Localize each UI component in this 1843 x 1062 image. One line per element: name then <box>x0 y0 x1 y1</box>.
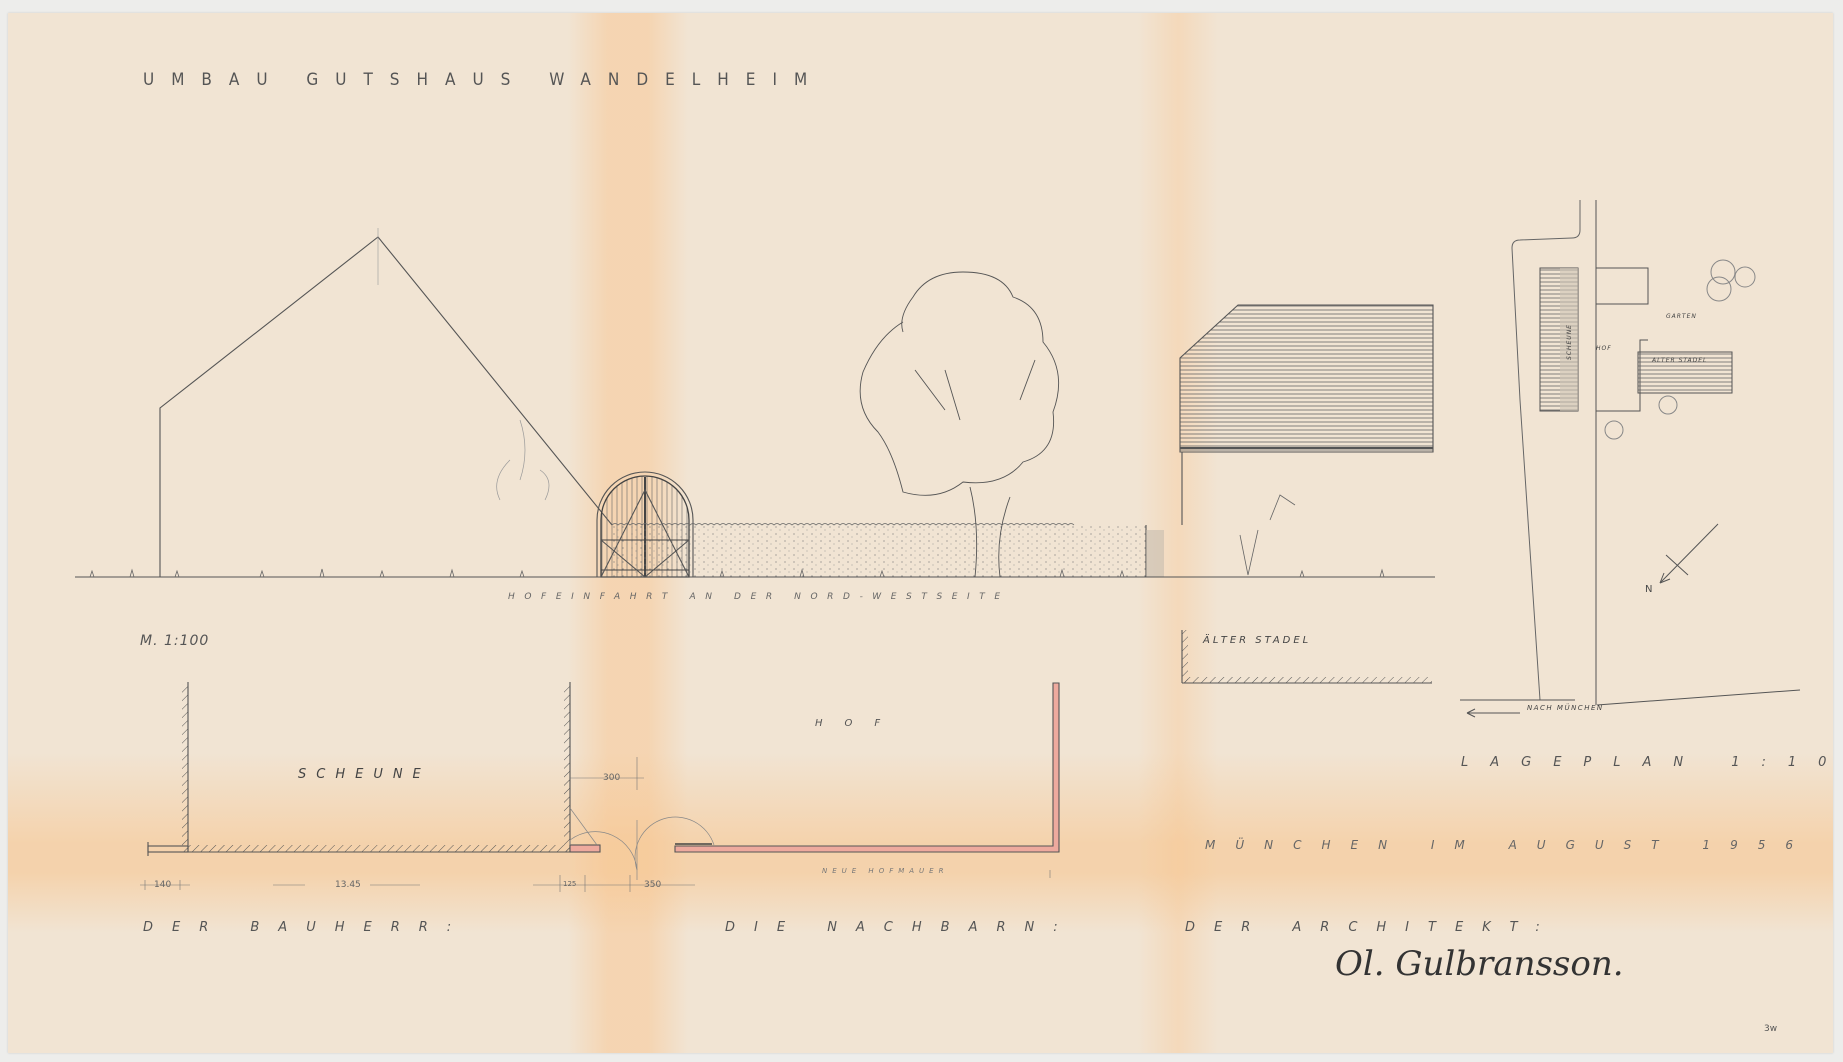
new-wall-segment <box>570 845 600 852</box>
place-and-date: MÜNCHEN IM AUGUST 1956 <box>1205 838 1813 852</box>
architect-signature: Ol. Gulbransson. <box>1335 944 1624 984</box>
drawing-scale: M. 1:100 <box>140 633 209 649</box>
architectural-drawing <box>0 0 1843 1062</box>
label-neue-hofmauer: NEUE HOFMAUER <box>822 867 948 875</box>
dimension-pier: 125 <box>563 880 576 888</box>
site-direction-label: NACH MÜNCHEN <box>1527 704 1604 712</box>
barn-gable-outline <box>160 237 612 577</box>
sheet-number: 3w <box>1764 1024 1777 1034</box>
site-plan-title: LAGEPLAN 1:1000 <box>1461 755 1843 770</box>
site-label-hof: HOF <box>1596 345 1612 352</box>
north-arrow-label: N <box>1645 584 1652 595</box>
elevation-view <box>75 228 1435 577</box>
old-stadel-elevation <box>1180 305 1433 575</box>
label-alter-stadel: ÄLTER STADEL <box>1203 635 1311 646</box>
site-plan <box>1460 200 1800 717</box>
site-label-garten: GARTEN <box>1666 313 1697 320</box>
label-hof: HOF <box>815 718 902 729</box>
signatory-bauherr: DER BAUHERR: <box>143 920 470 935</box>
site-label-scheune: SCHEUNE <box>1566 324 1573 360</box>
dimension-opening: 350 <box>644 880 661 890</box>
courtyard-wall-elevation <box>612 525 1146 577</box>
signatory-nachbarn: DIE NACHBARN: <box>725 920 1077 935</box>
dimension-barn-length: 13.45 <box>335 880 361 890</box>
floor-plan <box>140 630 1432 892</box>
signatory-architekt: DER ARCHITEKT: <box>1185 920 1559 935</box>
label-scheune: SCHEUNE <box>298 767 431 782</box>
site-label-alter-stadel: ALTER STADEL <box>1652 357 1707 364</box>
dimension-stub: 140 <box>154 880 171 890</box>
dimension-gate-width: 300 <box>603 773 620 783</box>
elevation-caption: HOFEINFAHRT AN DER NORD-WESTSEITE <box>508 592 1010 602</box>
drawing-title: UMBAU GUTSHAUS WANDELHEIM <box>143 70 824 90</box>
